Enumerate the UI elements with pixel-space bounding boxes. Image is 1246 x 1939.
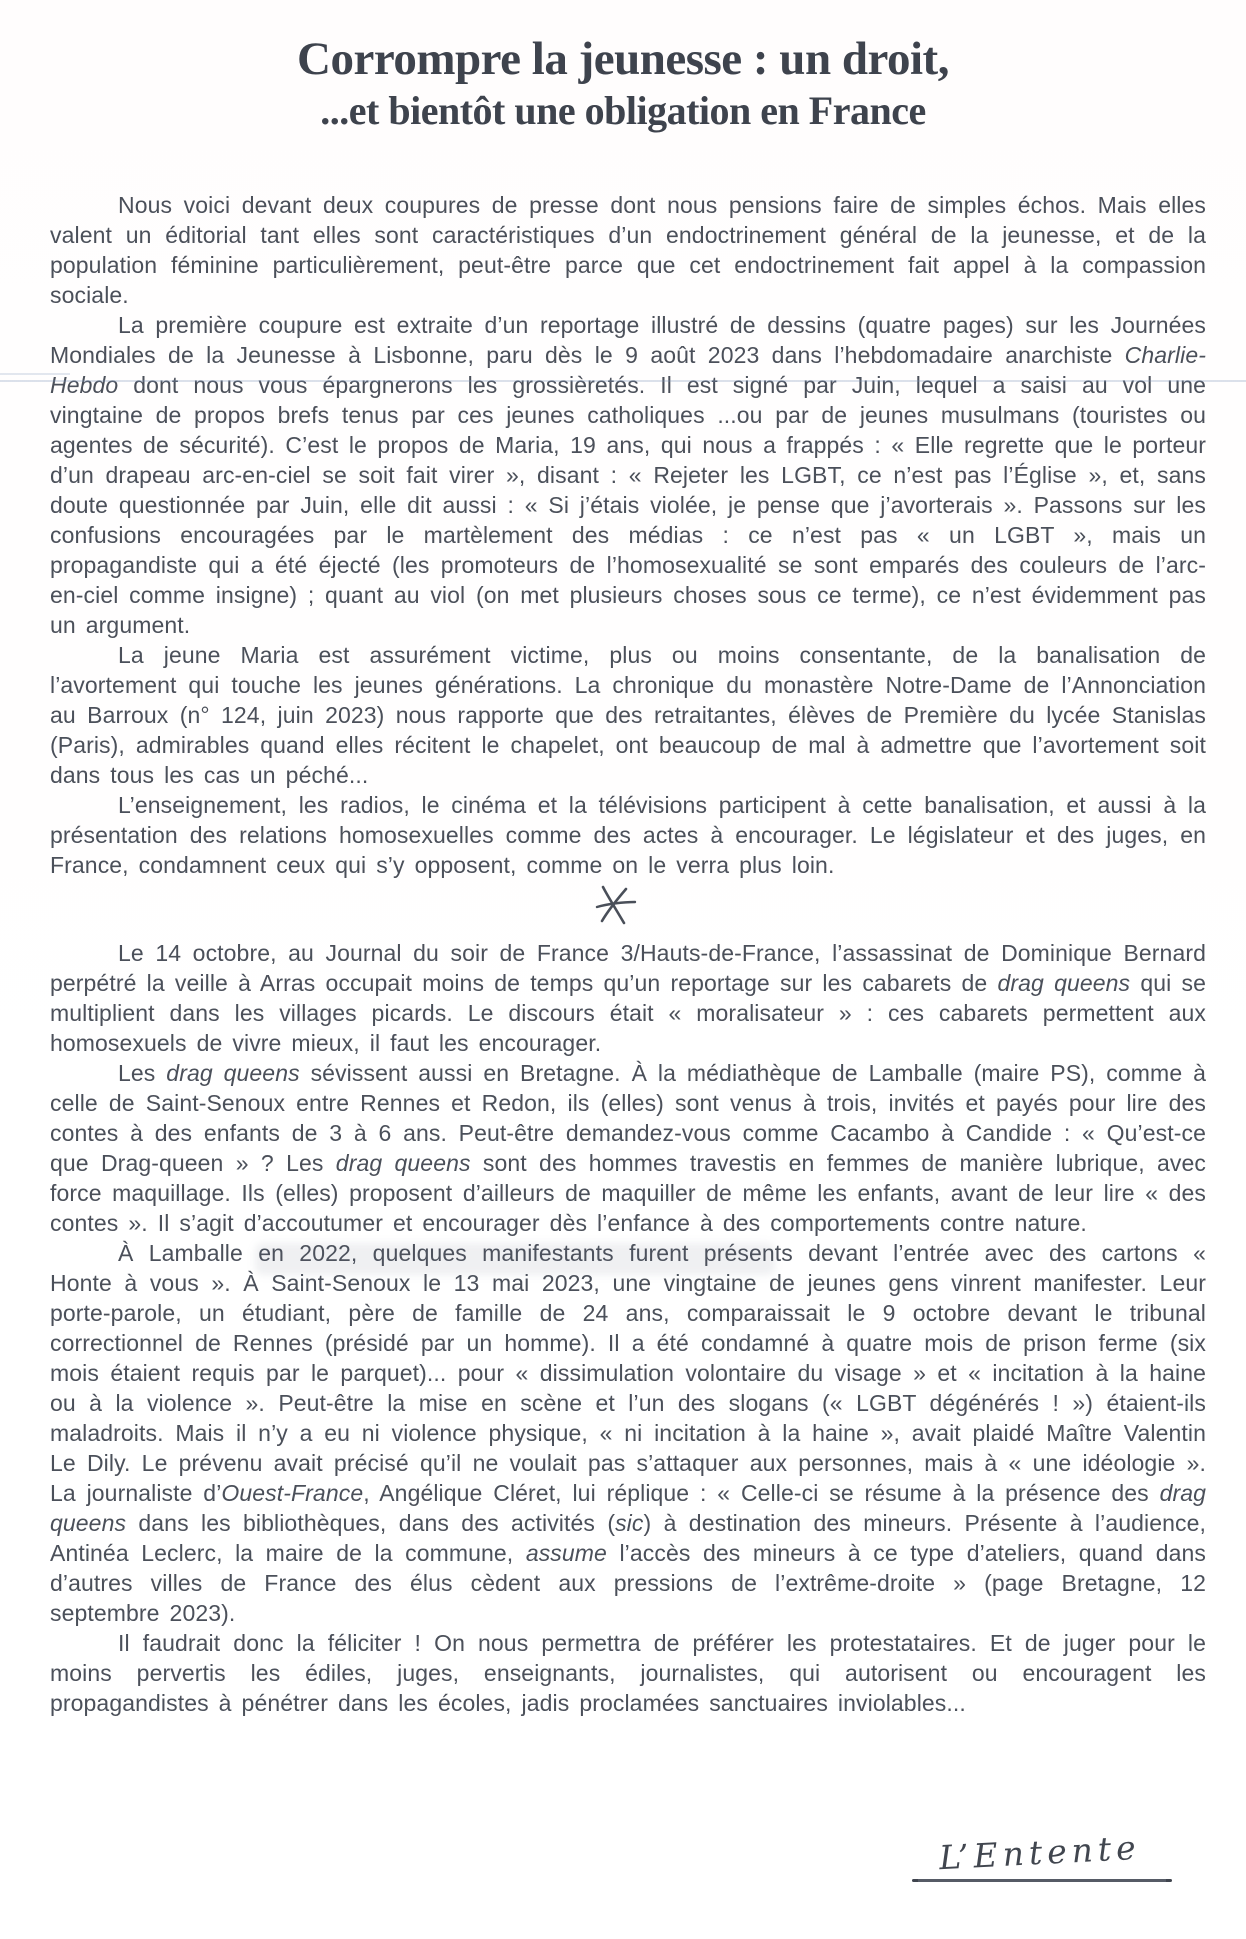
paragraph-5: Le 14 octobre, au Journal du soir de Fra…	[50, 938, 1206, 1058]
scan-artifact-smudge	[255, 1243, 775, 1275]
paragraph-2: La première coupure est extraite d’un re…	[50, 310, 1206, 640]
scan-artifact-streak-left	[0, 373, 70, 375]
hand-drawn-asterisk-icon	[593, 883, 639, 929]
signature-underline	[912, 1879, 1172, 1882]
signature-block: L’Entente	[900, 1833, 1180, 1882]
section-separator	[50, 880, 1206, 938]
paragraph-6: Les drag queens sévissent aussi en Breta…	[50, 1058, 1206, 1238]
article-header: Corrompre la jeunesse : un droit, ...et …	[0, 0, 1246, 134]
paragraph-4: L’enseignement, les radios, le cinéma et…	[50, 790, 1206, 880]
scanned-document-page: Corrompre la jeunesse : un droit, ...et …	[0, 0, 1246, 1939]
paragraph-7: À Lamballe en 2022, quelques manifestant…	[50, 1238, 1206, 1628]
paragraph-1: Nous voici devant deux coupures de press…	[50, 190, 1206, 310]
signature-handwritten-text: L’Entente	[938, 1828, 1141, 1878]
article-body: Nous voici devant deux coupures de press…	[50, 190, 1206, 1718]
paragraph-3: La jeune Maria est assurément victime, p…	[50, 640, 1206, 790]
paragraph-8: Il faudrait donc la féliciter ! On nous …	[50, 1628, 1206, 1718]
article-title-line1: Corrompre la jeunesse : un droit,	[0, 34, 1246, 84]
article-title-line2: ...et bientôt une obligation en France	[0, 88, 1246, 134]
scan-artifact-streak	[0, 380, 1246, 382]
